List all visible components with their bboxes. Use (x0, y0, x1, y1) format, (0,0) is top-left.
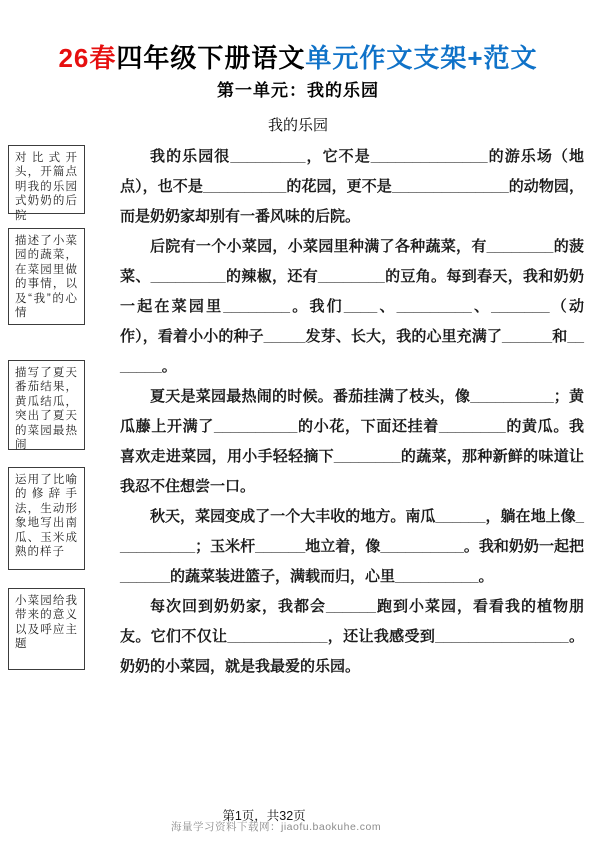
essay-body: 我的乐园很_________，它不是______________的游乐场（地点）… (120, 142, 584, 682)
essay-paragraph-ending: 每次回到奶奶家，我都会______跑到小菜园，看看我的植物朋友。它们不仅让___… (120, 592, 584, 682)
margin-note-metaphor: 运用了比喻的修辞手法，生动形象地写出南瓜、玉米成熟的样子 (8, 467, 85, 570)
margin-note-theme: 小菜园给我带来的意义以及呼应主题 (8, 588, 85, 670)
document-title: 26春四年级下册语文单元作文支架+范文 (0, 38, 596, 75)
essay-paragraph-summer: 夏天是菜园最热闹的时候。番茄挂满了枝头，像__________；黄瓜藤上开满了_… (120, 382, 584, 502)
title-suffix-part: 单元作文支架+范文 (305, 43, 537, 73)
document-page: 26春四年级下册语文单元作文支架+范文 第一单元：我的乐园 我的乐园 对比式开头… (0, 0, 596, 842)
margin-note-spring: 描述了小菜园的蔬菜，在菜园里做的事情，以及“我”的心情 (8, 228, 85, 325)
margin-note-intro: 对比式开头，开篇点明我的乐园式奶奶的后院 (8, 145, 85, 214)
essay-paragraph-intro: 我的乐园很_________，它不是______________的游乐场（地点）… (120, 142, 584, 232)
margin-note-summer: 描写了夏天番茄结果，黄瓜结瓜，突出了夏天的菜园最热闹 (8, 360, 85, 450)
essay-paragraph-spring: 后院有一个小菜园，小菜园里种满了各种蔬菜，有________的菠菜、______… (120, 232, 584, 382)
title-season-part: 26春 (58, 43, 116, 73)
essay-heading: 我的乐园 (0, 114, 596, 135)
unit-heading: 第一单元：我的乐园 (0, 76, 596, 101)
essay-paragraph-autumn: 秋天，菜园变成了一个大丰收的地方。南瓜______，躺在地上像_________… (120, 502, 584, 592)
watermark-text: 海量学习资料下载网：jiaofu.baokuhe.com (171, 819, 381, 834)
title-grade-part: 四年级下册语文 (116, 43, 305, 73)
